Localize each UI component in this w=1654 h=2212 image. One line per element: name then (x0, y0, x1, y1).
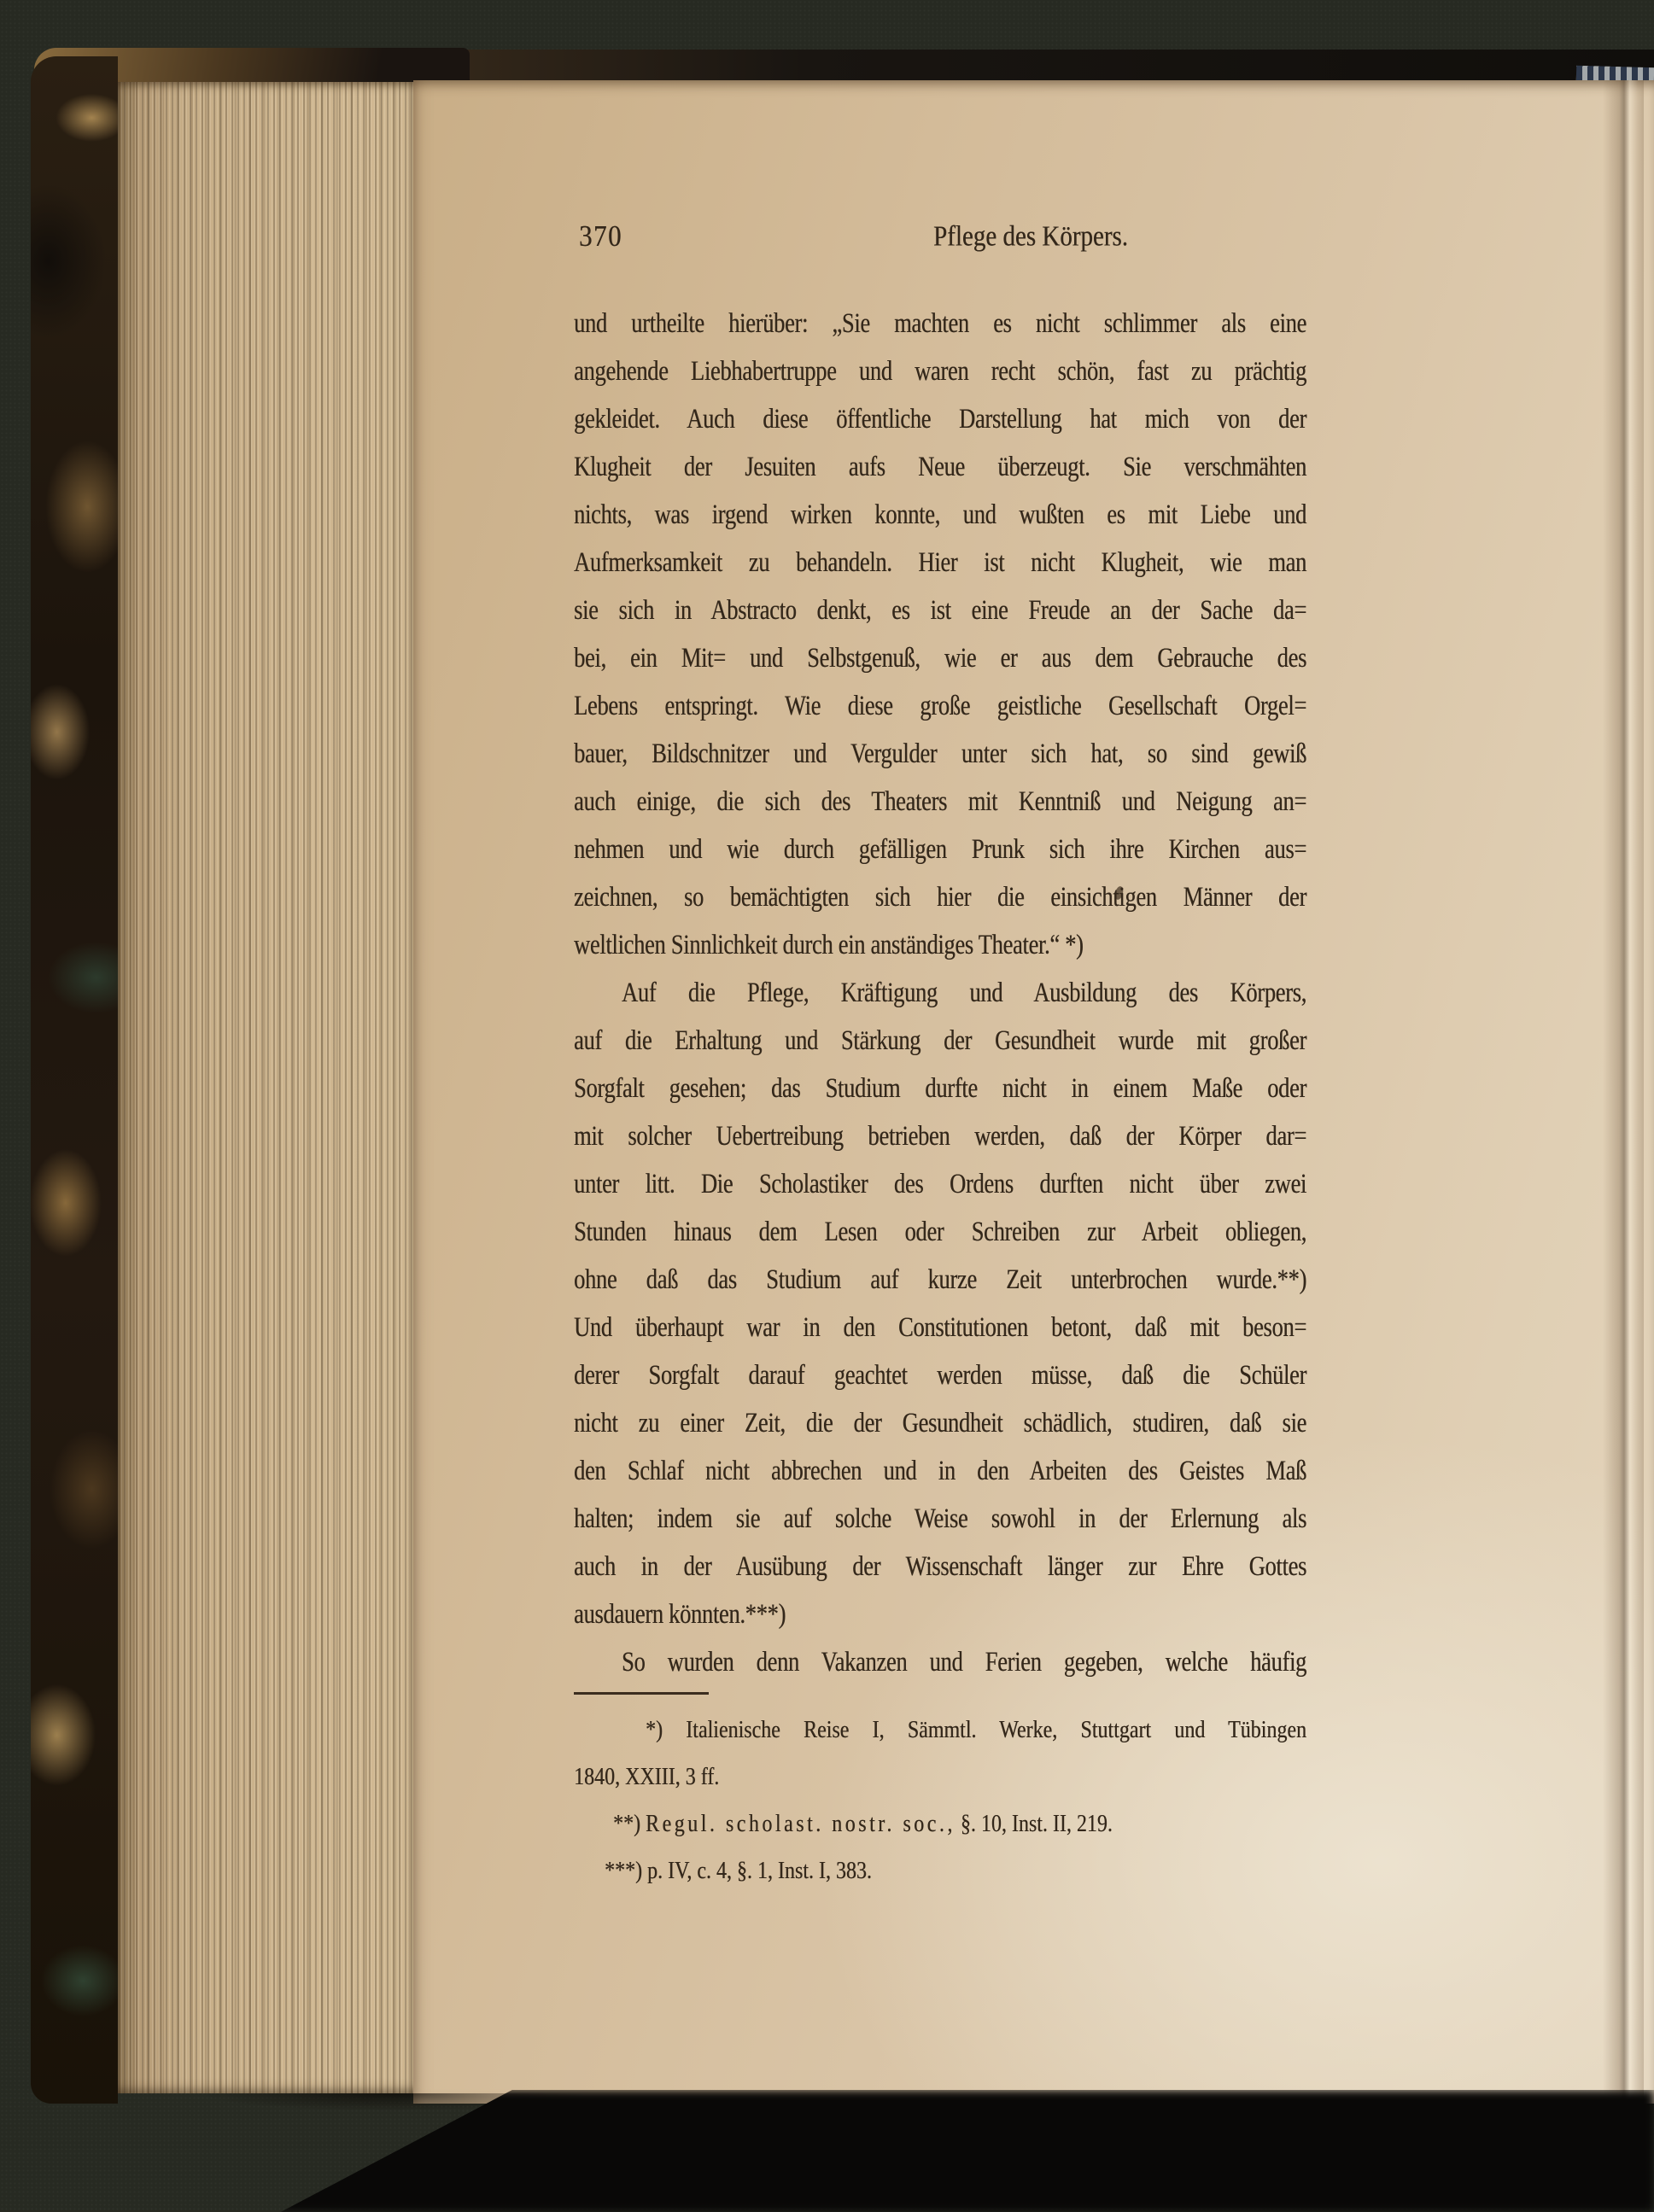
footnote-marker: **) (613, 1812, 640, 1838)
text-line: So wurden denn Vakanzen und Ferien gegeb… (574, 1632, 1306, 1690)
page-fold-crease (1603, 80, 1644, 2104)
page-fore-edge-stack (118, 82, 413, 2093)
footnotes: *) Italienische Reise I, Sämmtl. Werke, … (574, 1707, 1306, 1895)
book-scan-photo: 370 Pflege des Körpers. und urtheilte hi… (0, 0, 1654, 2212)
book-cover-marbled-edge (31, 56, 118, 2104)
footnote-citation: Regul. scholast. nostr. soc., (646, 1812, 956, 1838)
page-header-row: 370 Pflege des Körpers. (574, 217, 1306, 256)
running-header: Pflege des Körpers. (933, 213, 1128, 259)
page-number: 370 (579, 214, 622, 259)
footnote-reference: §. 10, Inst. II, 219. (961, 1812, 1113, 1838)
footnote-line: ***) p. IV, c. 4, §. 1, Inst. I, 383. (574, 1844, 1306, 1900)
body-text: und urtheilte hierüber: „Sie machten es … (574, 299, 1306, 1685)
book-page: 370 Pflege des Körpers. und urtheilte hi… (413, 80, 1654, 2104)
footnote-rule (574, 1692, 709, 1695)
